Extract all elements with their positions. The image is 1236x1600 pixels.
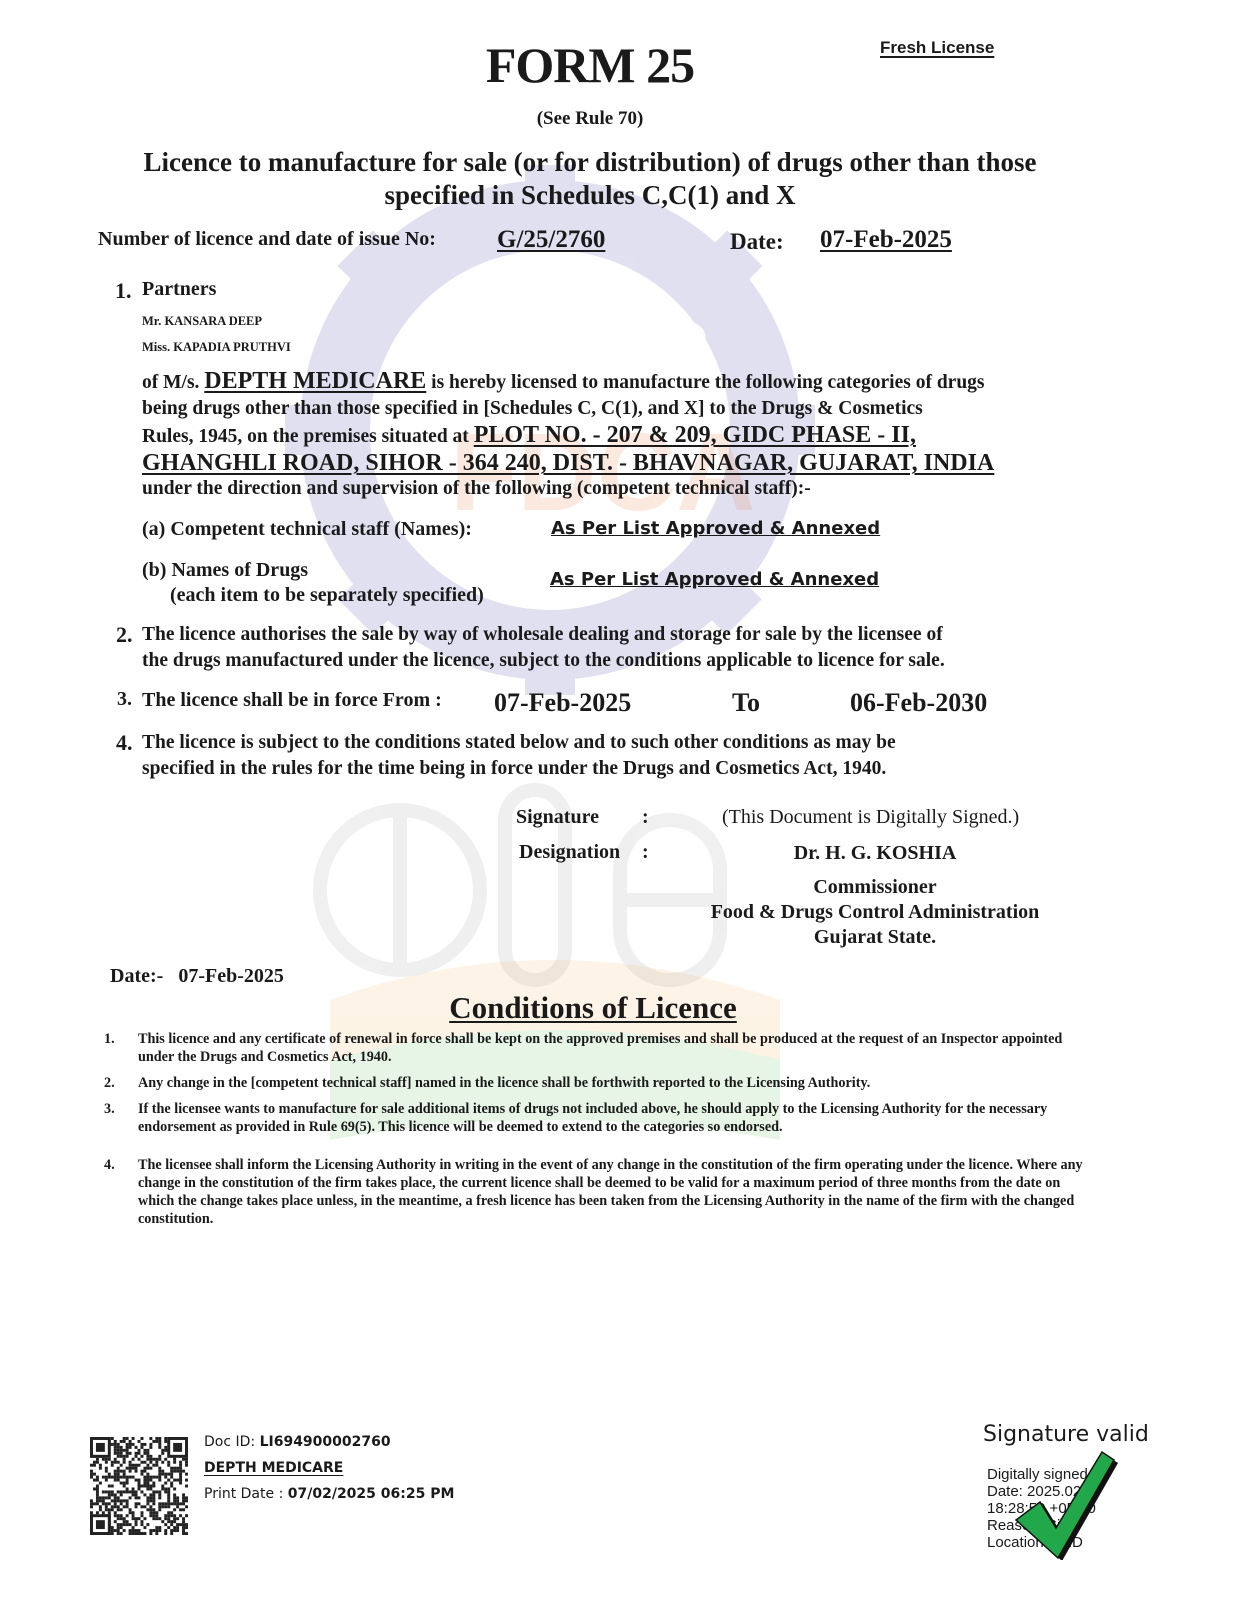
drug-names-value: As Per List Approved & Annexed (550, 569, 879, 590)
designation-label: Designation (519, 841, 620, 864)
condition-number: 1. (104, 1030, 115, 1048)
checkmark-icon (1010, 1440, 1120, 1560)
heading-line-2: specified in Schedules C,C(1) and X (60, 179, 1120, 212)
licence-number: G/25/2760 (497, 226, 605, 254)
valid-from-date: 07-Feb-2025 (494, 688, 631, 718)
signature-colon: : (642, 806, 649, 829)
section-2-text: The licence authorises the sale by way o… (142, 622, 945, 674)
issue-date-value: 07-Feb-2025 (178, 965, 284, 987)
condition-number: 3. (104, 1100, 115, 1118)
valid-to-label: To (732, 688, 760, 718)
firm-name: DEPTH MEDICARE (204, 368, 426, 394)
technical-staff-label: (a) Competent technical staff (Names): (142, 518, 472, 541)
condition-item: 1. This licence and any certificate of r… (104, 1030, 1104, 1070)
print-date: Print Date : 07/02/2025 06:25 PM (204, 1486, 454, 1502)
signatory-org: Food & Drugs Control Administration (680, 900, 1070, 925)
validity-label: The licence shall be in force From : (142, 689, 442, 712)
firm-prefix: of M/s. (142, 372, 199, 393)
section-1-number: 1. (115, 278, 132, 304)
condition-text: This licence and any certificate of rene… (138, 1030, 1098, 1066)
doc-id-label: Doc ID: (204, 1434, 255, 1450)
drug-names-label: (b) Names of Drugs (142, 559, 308, 582)
condition-item: 3. If the licensee wants to manufacture … (104, 1100, 1104, 1140)
section-3-number: 3. (117, 688, 132, 711)
signature-label: Signature (516, 806, 599, 829)
condition-text: The licensee shall inform the Licensing … (138, 1156, 1098, 1228)
license-type-badge: Fresh License (880, 38, 994, 58)
designation-colon: : (642, 841, 649, 864)
section-4-line: specified in the rules for the time bein… (142, 756, 896, 782)
section-4-text: The licence is subject to the conditions… (142, 730, 896, 782)
condition-text: If the licensee wants to manufacture for… (138, 1100, 1098, 1136)
qr-code-icon (90, 1437, 188, 1535)
form-title: FORM 25 (0, 36, 1180, 94)
condition-item: 4. The licensee shall inform the Licensi… (104, 1156, 1104, 1236)
doc-id: Doc ID: LI694900002760 (204, 1434, 391, 1450)
licence-paragraph: of M/s. DEPTH MEDICARE is hereby license… (142, 368, 1122, 502)
issue-date: Date:- 07-Feb-2025 (110, 965, 284, 988)
section-2-number: 2. (116, 622, 133, 648)
heading-line-1: Licence to manufacture for sale (or for … (60, 146, 1120, 179)
licence-date-label: Date: (730, 229, 784, 255)
para-text: Rules, 1945, on the premises situated at (142, 426, 469, 447)
signatory-state: Gujarat State. (680, 925, 1070, 950)
rule-reference: (See Rule 70) (0, 108, 1180, 130)
signatory-name: Dr. H. G. KOSHIA (675, 841, 1075, 866)
section-2-line: the drugs manufactured under the licence… (142, 648, 945, 674)
partner-name: Miss. KAPADIA PRUTHVI (142, 340, 291, 355)
signature-value: (This Document is Digitally Signed.) (722, 806, 1019, 829)
drug-names-note: (each item to be separately specified) (170, 584, 484, 607)
licence-date: 07-Feb-2025 (820, 226, 952, 254)
para-text: under the direction and supervision of t… (142, 476, 1122, 502)
partner-name: Mr. KANSARA DEEP (142, 314, 262, 329)
para-text: is hereby licensed to manufacture the fo… (431, 372, 984, 393)
conditions-title: Conditions of Licence (0, 990, 1186, 1026)
issue-date-label: Date:- (110, 965, 163, 987)
print-date-label: Print Date : (204, 1486, 283, 1502)
print-date-value: 07/02/2025 06:25 PM (288, 1486, 455, 1502)
footer-firm-name: DEPTH MEDICARE (204, 1460, 343, 1476)
condition-text: Any change in the [competent technical s… (138, 1074, 1098, 1092)
licence-heading: Licence to manufacture for sale (or for … (60, 146, 1120, 212)
licence-number-label: Number of licence and date of issue No: (98, 228, 436, 251)
section-4-line: The licence is subject to the conditions… (142, 730, 896, 756)
para-text: being drugs other than those specified i… (142, 396, 1122, 422)
technical-staff-value: As Per List Approved & Annexed (551, 518, 880, 539)
condition-number: 4. (104, 1156, 115, 1174)
condition-number: 2. (104, 1074, 115, 1092)
partners-title: Partners (142, 278, 216, 301)
signatory-title: Commissioner (680, 875, 1070, 900)
section-2-line: The licence authorises the sale by way o… (142, 622, 945, 648)
valid-to-date: 06-Feb-2030 (850, 688, 987, 718)
doc-id-value: LI694900002760 (260, 1434, 391, 1450)
premises-address-line-1: PLOT NO. - 207 & 209, GIDC PHASE - II, (474, 422, 916, 448)
condition-item: 2. Any change in the [competent technica… (104, 1074, 1104, 1094)
premises-address-line-2: GHANGHLI ROAD, SIHOR - 364 240, DIST. - … (142, 450, 1122, 476)
section-4-number: 4. (116, 730, 133, 756)
